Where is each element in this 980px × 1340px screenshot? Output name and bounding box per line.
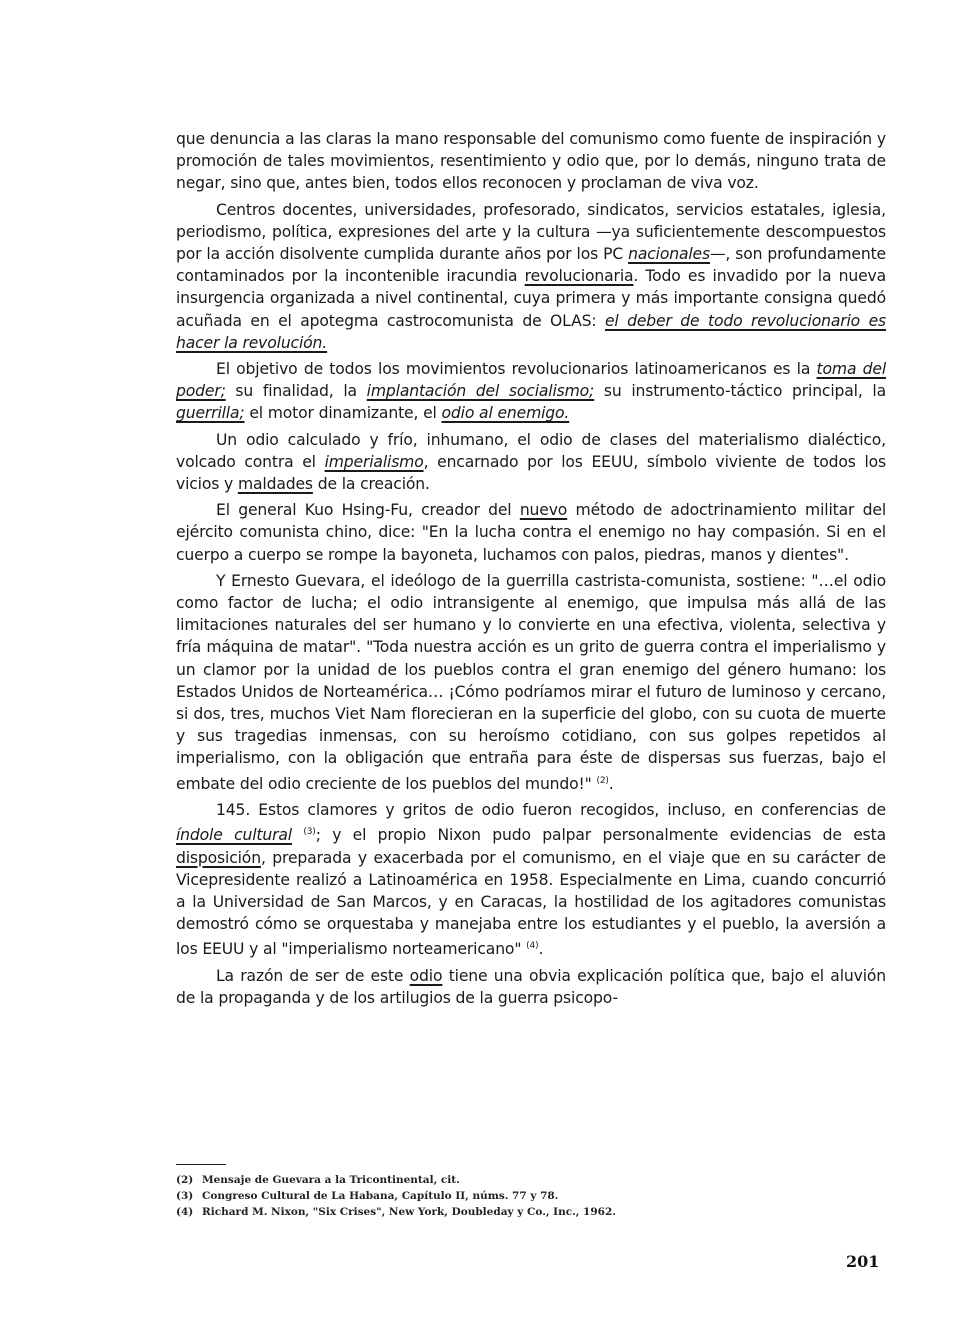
text-run: que denuncia a las claras la mano respon… <box>176 130 886 192</box>
footnote-ref: (2) <box>596 776 608 786</box>
emphasis-text: odio al enemigo. <box>442 404 570 422</box>
emphasis-text: odio <box>410 967 443 985</box>
paragraph: 145. Estos clamores y gritos de odio fue… <box>176 799 886 961</box>
paragraph: que denuncia a las claras la mano respon… <box>176 128 886 195</box>
footnote-3: (3) Congreso Cultural de La Habana, Capí… <box>176 1188 876 1204</box>
emphasis-text: revolucionaria <box>525 267 634 285</box>
text-run: de la creación. <box>313 475 430 493</box>
paragraph: Y Ernesto Guevara, el ideólogo de la gue… <box>176 570 886 795</box>
footnote-4: (4) Richard M. Nixon, "Six Crises", New … <box>176 1204 876 1220</box>
text-run: El objetivo de todos los movimientos rev… <box>216 360 817 378</box>
emphasis-text: índole cultural <box>176 826 292 844</box>
footnote-divider <box>176 1164 226 1165</box>
text-run: ; y el propio Nixon pudo palpar personal… <box>316 826 886 844</box>
footnote-text: Richard M. Nixon, "Six Crises", New York… <box>202 1204 616 1220</box>
footnote-ref: (3) <box>303 827 315 837</box>
paragraph: Centros docentes, universidades, profeso… <box>176 199 886 354</box>
emphasis-text: implantación del socialismo; <box>367 382 594 400</box>
text-run: Y Ernesto Guevara, el ideólogo de la gue… <box>176 572 886 793</box>
paragraph: El objetivo de todos los movimientos rev… <box>176 358 886 425</box>
emphasis-text: imperialismo <box>325 453 424 471</box>
paragraph: El general Kuo Hsing-Fu, creador del nue… <box>176 499 886 566</box>
footnote-ref: (4) <box>526 941 538 951</box>
paragraph: La razón de ser de este odio tiene una o… <box>176 965 886 1009</box>
page-number: 201 <box>846 1252 879 1271</box>
text-run: . <box>609 775 614 793</box>
footnote-number: (4) <box>176 1204 194 1220</box>
text-run: . <box>538 941 543 959</box>
emphasis-text: maldades <box>238 475 313 493</box>
footnote-number: (2) <box>176 1172 194 1188</box>
footnote-text: Mensaje de Guevara a la Tricontinental, … <box>202 1172 460 1188</box>
footnotes: (2) Mensaje de Guevara a la Tricontinent… <box>176 1172 876 1220</box>
body-text: que denuncia a las claras la mano respon… <box>176 128 886 1013</box>
text-run: El general Kuo Hsing-Fu, creador del <box>216 501 520 519</box>
emphasis-text: guerrilla; <box>176 404 245 422</box>
paragraph: Un odio calculado y frío, inhumano, el o… <box>176 429 886 496</box>
emphasis-text: nacionales <box>628 245 710 263</box>
text-run: su instrumento-táctico principal, la <box>594 382 886 400</box>
text-run: su finalidad, la <box>226 382 367 400</box>
footnote-text: Congreso Cultural de La Habana, Capítulo… <box>202 1188 558 1204</box>
emphasis-text: nuevo <box>520 501 567 519</box>
footnote-2: (2) Mensaje de Guevara a la Tricontinent… <box>176 1172 876 1188</box>
footnote-number: (3) <box>176 1188 194 1204</box>
text-run: 145. Estos clamores y gritos de odio fue… <box>216 801 886 819</box>
emphasis-text: disposición <box>176 849 261 867</box>
text-run: La razón de ser de este <box>216 967 410 985</box>
text-run: el motor dinamizante, el <box>245 404 442 422</box>
text-run <box>292 826 303 844</box>
